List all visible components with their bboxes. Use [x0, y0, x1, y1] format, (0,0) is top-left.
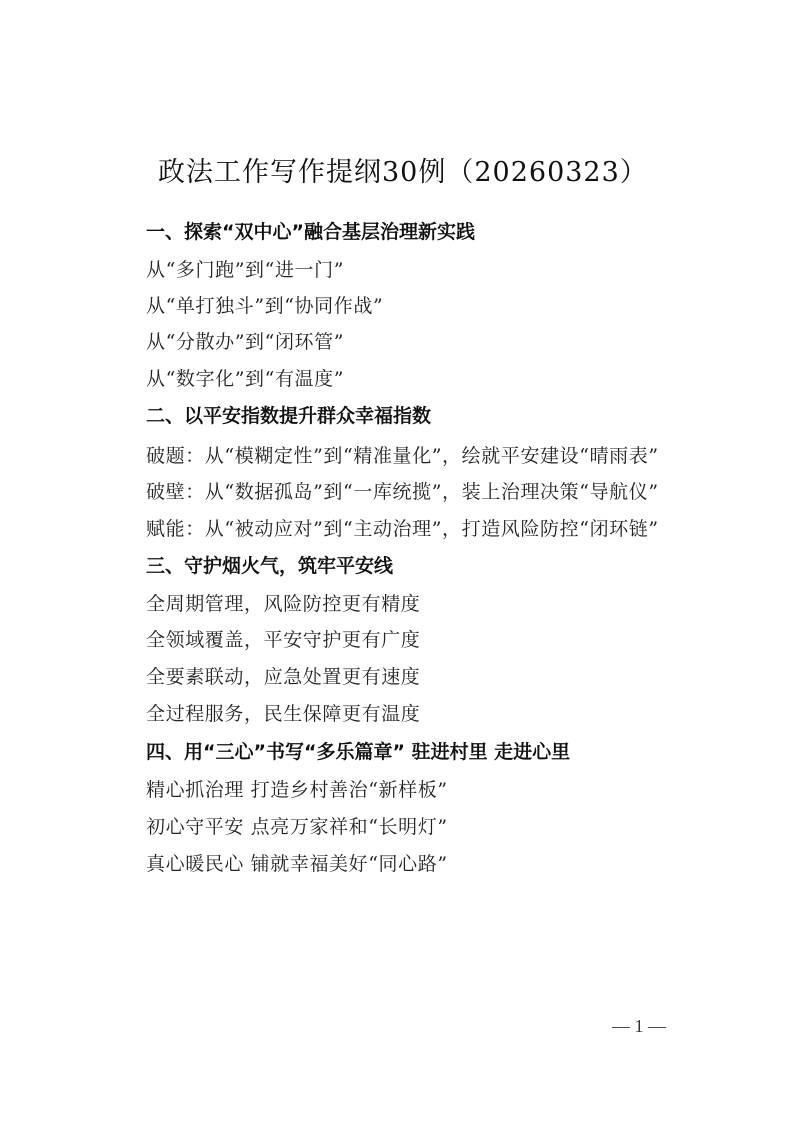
- list-item: 从“分散办”到“闭环管”: [146, 330, 344, 354]
- list-item: 赋能：从“被动应对”到“主动治理”，打造风险防控“闭环链”: [146, 517, 659, 541]
- list-item: 精心抓治理 打造乡村善治“新样板”: [146, 778, 448, 802]
- section-heading-4: 四、用“三心”书写“多乐篇章” 驻进村里 走进心里: [146, 740, 570, 764]
- list-item: 从“数字化”到“有温度”: [146, 367, 344, 391]
- list-item: 全要素联动，应急处置更有速度: [146, 665, 420, 689]
- section-heading-2: 二、以平安指数提升群众幸福指数: [146, 404, 431, 428]
- section-heading-3: 三、守护烟火气，筑牢平安线: [146, 554, 393, 578]
- section-heading-1: 一、探索“双中心”融合基层治理新实践: [146, 220, 475, 244]
- list-item: 破壁：从“数据孤岛”到“一库统揽”，装上治理决策“导航仪”: [146, 480, 659, 504]
- page-number: — 1 —: [612, 1016, 666, 1037]
- list-item: 全过程服务，民生保障更有温度: [146, 702, 420, 726]
- list-item: 破题：从“模糊定性”到“精准量化”，绘就平安建设“晴雨表”: [146, 444, 659, 468]
- list-item: 初心守平安 点亮万家祥和“长明灯”: [146, 815, 448, 839]
- list-item: 从“多门跑”到“进一门”: [146, 258, 344, 282]
- list-item: 从“单打独斗”到“协同作战”: [146, 294, 383, 318]
- page-title: 政法工作写作提纲30例（20260323）: [158, 150, 648, 189]
- list-item: 全领域覆盖，平安守护更有广度: [146, 628, 420, 652]
- list-item: 全周期管理，风险防控更有精度: [146, 592, 420, 616]
- list-item: 真心暖民心 铺就幸福美好“同心路”: [146, 852, 448, 876]
